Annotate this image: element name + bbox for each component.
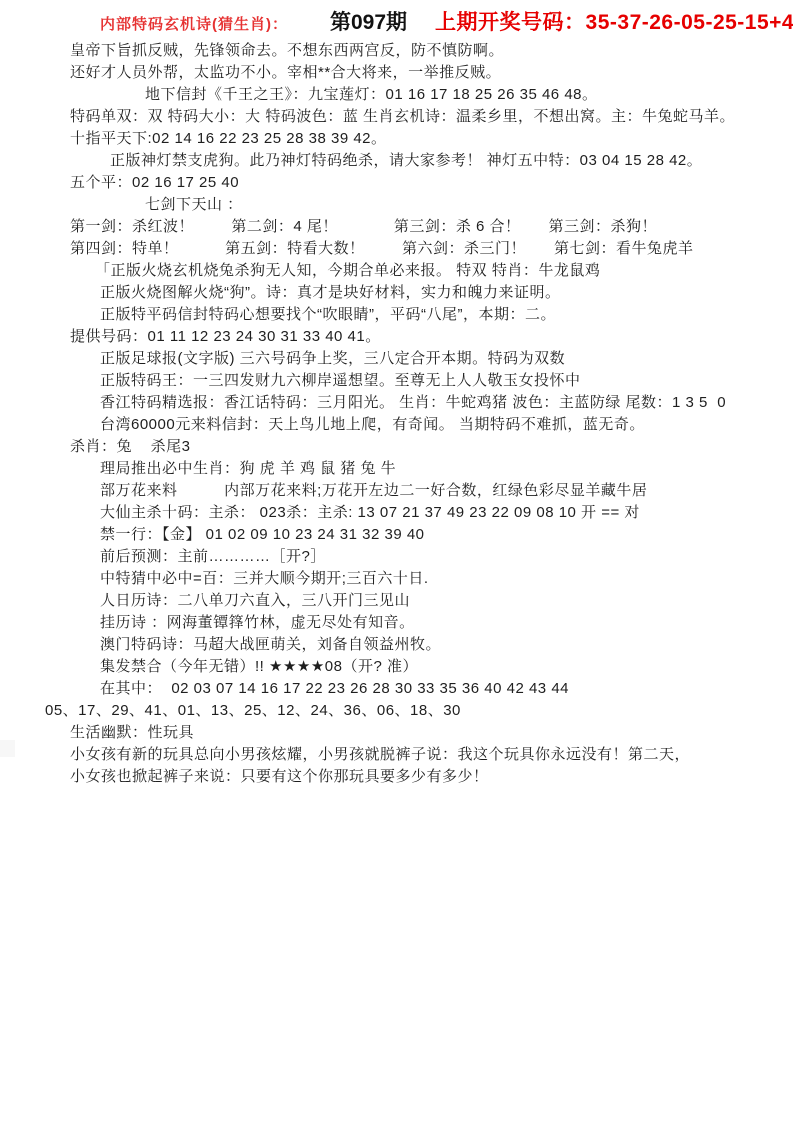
text-line: 正版特码王：一三四发财九六柳岸遥想望。至尊无上人人敬玉女投怀中 — [0, 370, 793, 392]
text-line: 大仙主杀十码：主杀： 023杀：主杀: 13 07 21 37 49 23 22… — [0, 502, 793, 524]
text-line: 正版火烧图解火烧“狗”。诗：真才是块好材料，实力和魄力来证明。 — [0, 282, 793, 304]
text-line: 禁一行：【金】 01 02 09 10 23 24 31 32 39 40 — [0, 524, 793, 546]
text-line: 集发禁合（今年无错）!! ★★★★08（开? 准） — [0, 656, 793, 678]
text-line: 小女孩也掀起裤子来说：只要有这个你那玩具要多少有多少！ — [0, 766, 793, 788]
text-line: 正版神灯禁支虎狗。此乃神灯特码绝杀，请大家参考！ 神灯五中特：03 04 15 … — [0, 150, 793, 172]
text-line: 第四剑：特单！ 第五剑：特看大数！ 第六剑：杀三门！ 第七剑：看牛兔虎羊 — [0, 238, 793, 260]
document-page: 内部特码玄机诗(猜生肖)： 第097期 上期开奖号码：35-37-26-05-2… — [0, 0, 793, 1122]
document-title: 内部特码玄机诗(猜生肖)： — [100, 13, 288, 34]
text-line: 05、17、29、41、01、13、25、12、24、36、06、18、30 — [0, 700, 793, 722]
text-line: 香江特码精选报：香江话特码：三月阳光。 生肖：牛蛇鸡猪 波色：主蓝防绿 尾数：1… — [0, 392, 793, 414]
text-line: 皇帝下旨抓反贼，先锋领命去。不想东西两宫反，防不慎防啊。 — [0, 40, 793, 62]
document-header: 内部特码玄机诗(猜生肖)： 第097期 上期开奖号码：35-37-26-05-2… — [0, 0, 793, 38]
text-line: 七剑下天山 ： — [0, 194, 793, 216]
text-line: 提供号码：01 11 12 23 24 30 31 33 40 41。 — [0, 326, 793, 348]
text-line: 杀肖：兔 杀尾3 — [0, 436, 793, 458]
text-line: 特码单双：双 特码大小：大 特码波色：蓝 生肖玄机诗：温柔乡里，不想出窝。主：牛… — [0, 106, 793, 128]
text-line: 五个平：02 16 17 25 40 — [0, 172, 793, 194]
text-line: 「正版火烧玄机烧兔杀狗无人知，今期合单必来报。 特双 特肖：牛龙鼠鸡 — [0, 260, 793, 282]
text-line: 正版特平码信封特码心想要找个“吹眼睛”，平码“八尾”，本期：二。 — [0, 304, 793, 326]
last-draw-numbers: 上期开奖号码：35-37-26-05-25-15+43 — [435, 6, 793, 36]
text-line: 在其中： 02 03 07 14 16 17 22 23 26 28 30 33… — [0, 678, 793, 700]
text-line: 生活幽默：性玩具 — [0, 722, 793, 744]
issue-number: 第097期 — [330, 6, 407, 36]
text-line: 中特猜中必中=百：三并大顺今期开;三百六十日. — [0, 568, 793, 590]
document-body: 皇帝下旨抓反贼，先锋领命去。不想东西两宫反，防不慎防啊。还好才人员外帮，太监功不… — [0, 38, 793, 788]
text-line: 第一剑：杀红波！ 第二剑：4 尾！ 第三剑：杀 6 合！ 第三剑：杀狗！ — [0, 216, 793, 238]
text-line: 正版足球报(文字版) 三六号码争上奖，三八定合开本期。特码为双数 — [0, 348, 793, 370]
text-line: 人日历诗：二八单刀六直入，三八开门三见山 — [0, 590, 793, 612]
text-line: 小女孩有新的玩具总向小男孩炫耀，小男孩就脱裤子说：我这个玩具你永远没有！第二天， — [0, 744, 793, 766]
text-line: 部万花来料 内部万花来料;万花开左边二一好合数，红绿色彩尽显羊藏牛居 — [0, 480, 793, 502]
scan-artifact — [0, 740, 15, 757]
text-line: 澳门特码诗：马超大战匣萌关，刘备自领益州牧。 — [0, 634, 793, 656]
text-line: 挂历诗 ：网海董镡箨竹林，虚无尽处有知音。 — [0, 612, 793, 634]
text-line: 台湾60000元来料信封：天上鸟儿地上爬，有奇闻。 当期特码不难抓，蓝无奇。 — [0, 414, 793, 436]
text-line: 十指平天下:02 14 16 22 23 25 28 38 39 42。 — [0, 128, 793, 150]
text-line: 还好才人员外帮，太监功不小。宰相**合大将来，一举推反贼。 — [0, 62, 793, 84]
text-line: 理局推出必中生肖：狗 虎 羊 鸡 鼠 猪 兔 牛 — [0, 458, 793, 480]
text-line: 前后预测：主前…………［开?］ — [0, 546, 793, 568]
text-line: 地下信封《千王之王》：九宝莲灯：01 16 17 18 25 26 35 46 … — [0, 84, 793, 106]
